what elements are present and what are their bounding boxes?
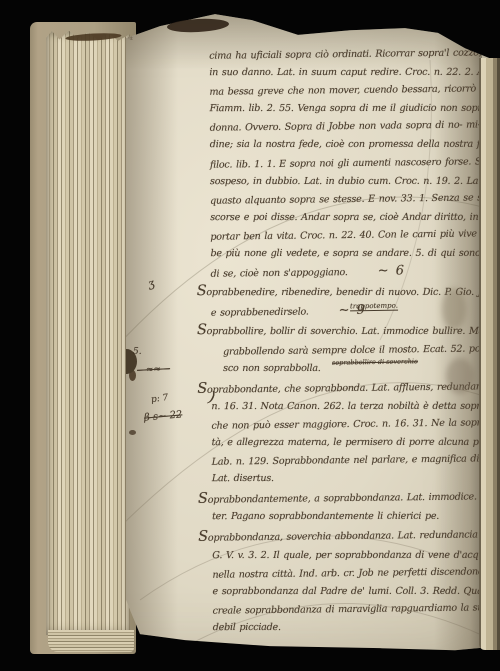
manuscript-line: in suo danno. Lat. in suum caput redire.…	[209, 64, 495, 82]
ink-smudge	[442, 288, 466, 330]
manuscript-line: nella nostra città. Ind. arb. cr. Job ne…	[212, 563, 498, 585]
gutter-shadow	[126, 0, 178, 671]
manuscript-line: tà, e allegrezza materna, le permisero d…	[212, 434, 498, 452]
manuscript-line: Lab. n. 129. Soprabbondante nel parlare,…	[212, 450, 498, 472]
manuscript-line: creale soprabbondanza di maraviglia rapg…	[213, 599, 499, 621]
manuscript-line: di se, cioè non s'appoggiano.~ 6	[210, 261, 496, 284]
ink-smudge	[446, 358, 474, 394]
manuscript-line: che non può esser maggiore. Croc. n. 16.…	[211, 414, 497, 436]
manuscript-line: quasto alquanto sopra se stesse. E nov. …	[210, 189, 496, 211]
page-fore-edges	[46, 28, 130, 640]
manuscript-line: cima ha uficiali sopra ciò ordinati. Ric…	[209, 44, 495, 66]
manuscript-line: filoc. lib. 1. 1. E sopra noi gli aument…	[210, 153, 496, 175]
manuscript-line: Soprabbondantemente, a soprabbondanza. L…	[198, 486, 498, 510]
margin-annotation: —≈≈—	[137, 364, 171, 376]
manuscript-line: dine; sia la nostra fede, cioè con prome…	[210, 136, 496, 154]
manuscript-line: ma bessa greve che non mover, cuendo bes…	[209, 80, 495, 102]
next-page-edge	[479, 58, 500, 650]
flourish-mark: ~ 6	[378, 263, 405, 278]
manuscript-line: G. V. v. 3. 2. Il quale, per soprabbonda…	[212, 546, 498, 564]
manuscript-line: Lat. disertus.	[212, 470, 498, 488]
margin-annotation: soprabbollire di soverchio	[332, 357, 418, 366]
handwritten-text-block: cima ha uficiali sopra ciò ordinati. Ric…	[195, 45, 499, 638]
manuscript-line: e soprabbondanza dal Padre de' lumi. Col…	[213, 583, 499, 601]
manuscript-line: n. 16. 31. Nota Canon. 262. la terza nob…	[211, 398, 497, 416]
manuscript-line: debil picciade.	[213, 619, 499, 637]
manuscript-line: sospeso, in dubbio. Lat. in dubio cum. C…	[210, 172, 496, 190]
book-photo: 204 cima ha uficiali sopra ciò ordinati.…	[0, 0, 500, 671]
manuscript-line: Soprabbondanza, soverchia abbondanza. La…	[198, 525, 498, 549]
page-bottom-edges	[48, 630, 134, 652]
manuscript-line: be più none gli vedete, e sopra se andar…	[210, 245, 496, 263]
manuscript-line: scorse e poi disse. Andar sopra se, cioè…	[210, 209, 496, 227]
manuscript-line: Fiamm. lib. 2. 55. Venga sopra di me il …	[210, 100, 496, 118]
margin-annotation: trappotempo.	[350, 302, 398, 312]
manuscript-line: portar ben la vita. Croc. n. 22. 40. Con…	[210, 225, 496, 247]
ink-blot	[129, 430, 136, 435]
